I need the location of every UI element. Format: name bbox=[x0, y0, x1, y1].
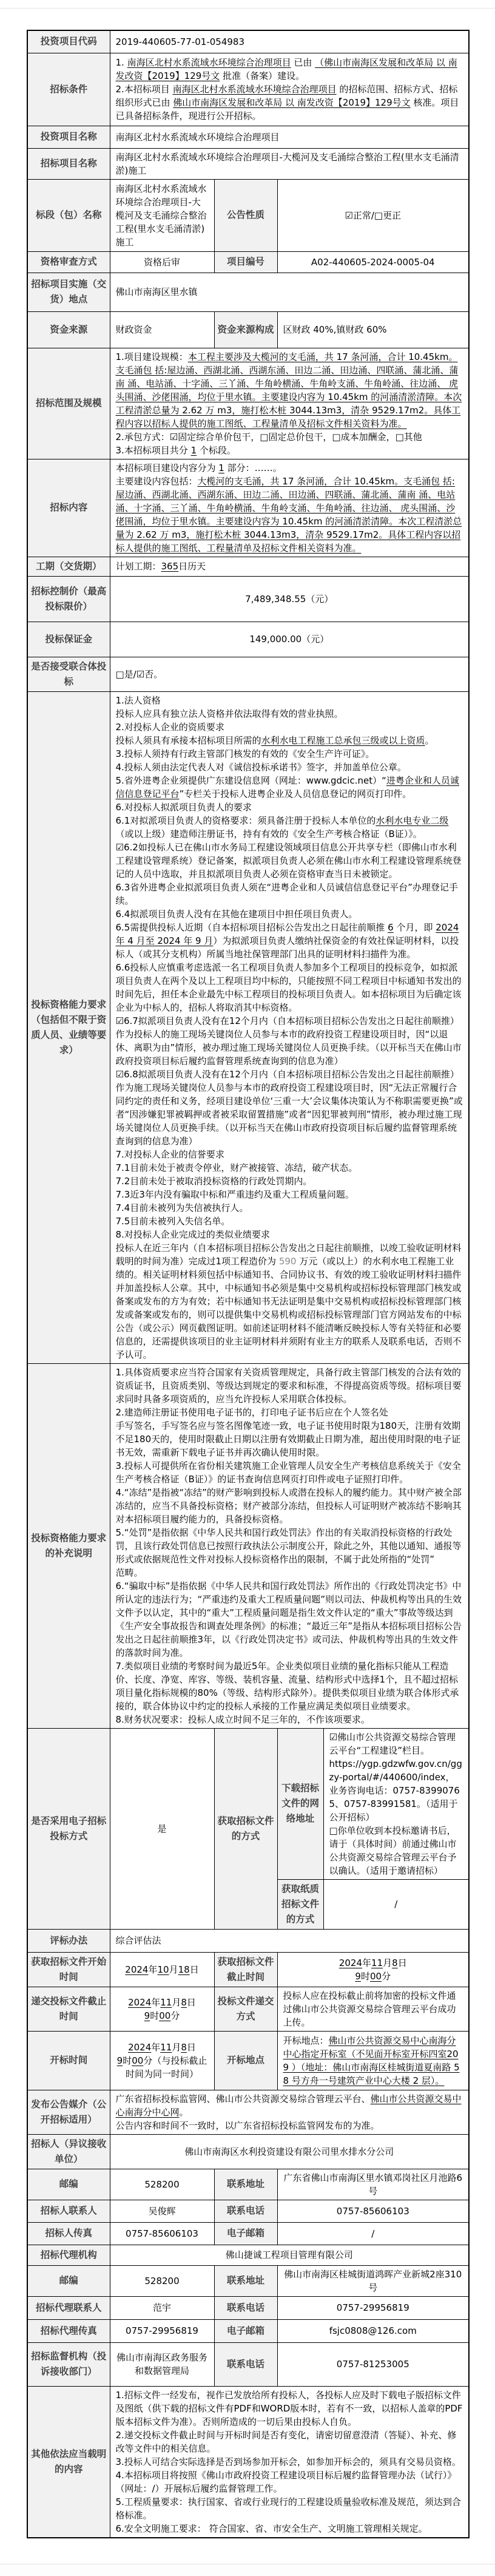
announcement-nature-label: 公告性质 bbox=[214, 179, 277, 251]
text-run: 招标控制价（最高投标限价） bbox=[31, 586, 106, 612]
tenderer-address-value: 广东省佛山市南海区里水镇邓岗社区月池路6号 bbox=[277, 2169, 469, 2200]
text-run: 招标项目实施（交货）地点 bbox=[31, 279, 106, 305]
text-run: 00 bbox=[132, 2055, 143, 2066]
text-run: 电子邮箱 bbox=[227, 2228, 264, 2239]
text-run: 是否接受联合体投标 bbox=[31, 661, 106, 687]
tender-conditions-value: 1. 南海区北村水系流域水环境综合治理项目 已由 （佛山市南海区发展和改革局 以… bbox=[110, 53, 469, 126]
text-run: A02-440605-2024-0005-04 bbox=[311, 257, 435, 268]
text-run: 00 bbox=[159, 2010, 170, 2021]
text-run: / bbox=[394, 1899, 397, 1910]
tender-content-value: 本招标项目建设内容分为 1 部分：……。 主要建设内容包括：大榄河的支毛涌，共 … bbox=[110, 459, 469, 557]
tender-table-body: 投资项目代码2019-440605-77-01-054983招标条件1. 南海区… bbox=[27, 30, 469, 2538]
text-run: 标段（包）名称 bbox=[36, 209, 102, 220]
text-run: 获取纸质招标文件的方式 bbox=[281, 1883, 319, 1925]
qualification-review-value: 资格后审 bbox=[110, 251, 214, 273]
control-price-row: 招标控制价（最高投标限价）7,489,348.55（元） bbox=[27, 576, 469, 622]
text-run: 广东省招标投标监管网、佛山市公共资源交易综合管理云平台、 bbox=[116, 2093, 371, 2104]
text-run: 招标人（异议接收单位） bbox=[31, 2138, 106, 2164]
text-run: 分 bbox=[170, 2010, 180, 2021]
text-run: 邮编 bbox=[59, 2275, 78, 2286]
funding-source-row: 资金来源财政资金资金来源构成区财政 40%,镇财政 60% bbox=[27, 311, 469, 348]
text-run: 佛山市南海区水利投资建设有限公司里水排水分公司 bbox=[184, 2146, 394, 2157]
text-run: 个标段。 bbox=[197, 445, 236, 456]
supervision-phone-label: 联系电话 bbox=[214, 2342, 277, 2386]
text-run: 投标资格能力要求的补充说明 bbox=[31, 1533, 106, 1559]
agency-contact-value: 范宇 bbox=[110, 2296, 214, 2319]
scope-and-scale-label: 招标范围及规模 bbox=[27, 348, 110, 459]
submission-deadline-value: 2024年11月8日 9时00分 bbox=[110, 1987, 214, 2031]
tender-conditions-label: 招标条件 bbox=[27, 53, 110, 126]
funding-source-value: 财政资金 bbox=[110, 311, 214, 348]
text-run: 广东省佛山市南海区里水镇邓岗社区月池路6号 bbox=[283, 2172, 462, 2197]
text-run: 招标项目名称 bbox=[41, 158, 97, 169]
tender-project-name-row: 招标项目名称南海区北村水系流域水环境综合治理项目-大榄河及支毛涌综合整治工程(里… bbox=[27, 148, 469, 179]
text-run: 佛山市南海区桂城街道鸿晖产业新城2座310号 bbox=[284, 2269, 462, 2293]
funding-composition-value: 区财政 40%,镇财政 60% bbox=[277, 311, 469, 348]
investment-project-name-label: 投资项目名称 bbox=[27, 126, 110, 148]
text-run: 获取招标文件开始时间 bbox=[31, 1956, 106, 1982]
text-run: 投标资格能力要求 （包括但不限于资质人员、业绩等要求） bbox=[31, 999, 106, 1056]
implementation-location-value: 佛山市南海区里水镇 bbox=[110, 273, 469, 311]
tenderer-label: 招标人（异议接收单位） bbox=[27, 2134, 110, 2169]
text-run: 8 bbox=[392, 1957, 398, 1968]
text-run: 开标地点 bbox=[227, 2055, 264, 2066]
submission-deadline-label: 递交投标文件截止时间 bbox=[27, 1987, 110, 2031]
tenderer-row: 招标人（异议接收单位）佛山市南海区水利投资建设有限公司里水排水分公司 bbox=[27, 2134, 469, 2169]
text-run: 月 bbox=[383, 1957, 392, 1968]
text-run: 南海区北村水系流域水环境综合治理项目 bbox=[127, 57, 291, 68]
qualification-requirements-value: 1.法人资格 投标人应具有独立法人资格并依法取得有效的营业执照。 2.对投标人企… bbox=[110, 691, 469, 1363]
text-run: 资金来源构成 bbox=[218, 324, 274, 335]
bid-deposit-row: 投标保证金149,000.00（元） bbox=[27, 622, 469, 657]
text-run: 公告性质 bbox=[227, 209, 264, 220]
text-run: 月 bbox=[172, 2042, 181, 2053]
section-package-label: 标段（包）名称 bbox=[27, 179, 110, 251]
text-run: 9 bbox=[117, 2055, 123, 2066]
consortium-bidding-row: 是否接受联合体投标□是/☑否。 bbox=[27, 657, 469, 691]
qualification-requirements-label: 投标资格能力要求 （包括但不限于资质人员、业绩等要求） bbox=[27, 691, 110, 1363]
text-run: 528200 bbox=[144, 2179, 179, 2190]
text-run: 联系电话 bbox=[227, 2205, 264, 2216]
text-run: 递交投标文件截止时间 bbox=[31, 1996, 106, 2022]
tenderer-postcode-row: 邮编528200联系地址广东省佛山市南海区里水镇邓岗社区月池路6号 bbox=[27, 2169, 469, 2200]
tender-project-name-label: 招标项目名称 bbox=[27, 148, 110, 179]
text-run: 佛山市南海区政务服务和数据管理局 bbox=[116, 2352, 207, 2376]
text-run: 日 bbox=[398, 1957, 407, 1968]
tenderer-postcode-value: 528200 bbox=[110, 2169, 214, 2200]
supervision-value: 佛山市南海区政务服务和数据管理局 bbox=[110, 2342, 214, 2386]
text-run: 范宇 bbox=[153, 2302, 171, 2313]
bid-opening-place-label: 开标地点 bbox=[214, 2031, 277, 2090]
bid-opening-time-value: 2024年11月8日 9时00分（与投标截止时间为同一时间） bbox=[110, 2031, 214, 2090]
text-run: 邮编 bbox=[59, 2178, 78, 2189]
text-run: 年 bbox=[151, 1997, 160, 2008]
text-run: 资金来源 bbox=[50, 324, 87, 335]
tenderer-contact-label: 招标人联系人 bbox=[27, 2200, 110, 2222]
agency-fax-value: 0757-29956819 bbox=[110, 2319, 214, 2342]
text-run: 水利水电工程施工总承包三级或以上资质 bbox=[261, 735, 425, 746]
text-run: 6 bbox=[388, 922, 394, 933]
text-run: 月 bbox=[172, 1997, 181, 2008]
top-divider bbox=[0, 0, 495, 8]
project-code-value: 2019-440605-77-01-054983 bbox=[110, 30, 469, 53]
submission-method-label: 投标文件递交方式 bbox=[214, 1987, 277, 2031]
doc-deadline-value: 2024年11月8日 9时00分 bbox=[277, 1952, 469, 1987]
qualification-review-row: 资格审查方式资格后审项目编号A02-440605-2024-0005-04 bbox=[27, 251, 469, 273]
agency-row: 招标代理机构佛山捷诚工程项目管理有限公司 bbox=[27, 2245, 469, 2265]
paper-document-value: / bbox=[323, 1879, 469, 1929]
text-run: 2024 bbox=[128, 2042, 151, 2053]
text-run: 南海区北村水系流域水环境综合治理项目 bbox=[116, 132, 280, 143]
text-run: 联系地址 bbox=[227, 2178, 264, 2189]
investment-project-name-value: 南海区北村水系流域水环境综合治理项目 bbox=[110, 126, 469, 148]
project-number-value: A02-440605-2024-0005-04 bbox=[277, 251, 469, 273]
agency-contact-row: 招标代理联系人范宇联系电话0757-29956819 bbox=[27, 2296, 469, 2319]
text-run: 8 bbox=[181, 2042, 187, 2053]
text-run: 财政资金 bbox=[116, 324, 152, 335]
paper-document-label: 获取纸质招标文件的方式 bbox=[277, 1879, 323, 1929]
text-run: 计划工期： bbox=[116, 561, 161, 572]
evaluation-method-value: 综合评估法 bbox=[110, 1929, 469, 1952]
text-run: 下载招标文件的网络地址 bbox=[281, 1783, 319, 1824]
project-number-label: 项目编号 bbox=[214, 251, 277, 273]
tenderer-fax-label: 招标人传真 bbox=[27, 2222, 110, 2245]
text-run: 11 bbox=[160, 2042, 172, 2053]
tenderer-phone-value: 0757-85606103 bbox=[277, 2200, 469, 2222]
text-run: 1. bbox=[116, 57, 127, 68]
text-run: 万元（或以上）的水利水电工程施工业绩的。相关证明材料须包括中标通知书、合同协议书… bbox=[116, 1256, 462, 1360]
text-run: ☑正常/□更正 bbox=[345, 210, 401, 221]
doc-deadline-label: 获取招标文件截止时间 bbox=[214, 1952, 277, 1987]
doc-start-time-label: 获取招标文件开始时间 bbox=[27, 1952, 110, 1987]
evaluation-method-label: 评标办法 bbox=[27, 1929, 110, 1952]
agency-postcode-value: 528200 bbox=[110, 2265, 214, 2296]
text-run: 工期（交货期） bbox=[36, 561, 102, 572]
text-run: 招标代理机构 bbox=[41, 2249, 97, 2260]
tenderer-contact-value: 吴俊辉 bbox=[110, 2200, 214, 2222]
tenderer-email-label: 电子邮箱 bbox=[214, 2222, 277, 2245]
other-contents-row: 其他依法应当载明的内容1.招标文件一经发布，视作已发放给所有投标人，各投标人应及… bbox=[27, 2386, 469, 2538]
implementation-location-label: 招标项目实施（交货）地点 bbox=[27, 273, 110, 311]
announcement-nature-value: ☑正常/□更正 bbox=[277, 179, 469, 251]
text-run: 1.项目建设规模： bbox=[116, 351, 188, 362]
text-run: 投标人应在投标截止前将加密的投标文件通过佛山市公共资源交易综合管理云平台成功上传… bbox=[283, 1990, 456, 2028]
text-run: / bbox=[371, 2228, 374, 2239]
text-run: ☑佛山市公共资源交易综合管理云平台“工程建设”栏目。 https://ygp.g… bbox=[329, 1732, 462, 1876]
text-run: 日历天 bbox=[178, 561, 206, 572]
investment-project-name-row: 投资项目名称南海区北村水系流域水环境综合治理项目 bbox=[27, 126, 469, 148]
text-run: 评标办法 bbox=[50, 1935, 87, 1946]
qualification-requirements-row: 投标资格能力要求 （包括但不限于资质人员、业绩等要求）1.法人资格 投标人应具有… bbox=[27, 691, 469, 1363]
bid-opening-row: 开标时间2024年11月8日 9时00分（与投标截止时间为同一时间）开标地点开标… bbox=[27, 2031, 469, 2090]
download-address-value: ☑佛山市公共资源交易综合管理云平台“工程建设”栏目。 https://ygp.g… bbox=[323, 1728, 469, 1879]
bid-deposit-label: 投标保证金 bbox=[27, 622, 110, 657]
tender-content-label: 招标内容 bbox=[27, 459, 110, 557]
text-run: 其他依法应当载明的内容 bbox=[31, 2449, 106, 2475]
section-package-value: 南海区北村水系流域水环境综合治理项目-大榄河及支毛涌综合整治工程(里水支毛涌清淤… bbox=[110, 179, 214, 251]
agency-address-label: 联系地址 bbox=[214, 2265, 277, 2296]
text-run: 招标代理联系人 bbox=[36, 2302, 102, 2313]
electronic-bidding-value: 是 bbox=[110, 1728, 214, 1929]
agency-email-label: 电子邮箱 bbox=[214, 2319, 277, 2342]
text-run: 2024 bbox=[339, 1957, 362, 1968]
qualification-supplement-row: 投标资格能力要求的补充说明1.具体资质要求应当符合国家有关资质管理规定，具备行政… bbox=[27, 1363, 469, 1728]
text-run: 资格后审 bbox=[144, 257, 180, 268]
obtain-method-label: 获取招标文件的方式 bbox=[214, 1728, 277, 1929]
doc-start-time-value: 2024年10月18日 bbox=[110, 1952, 214, 1987]
agency-email-value: fsjc0808@126.com bbox=[277, 2319, 469, 2342]
project-code-row: 投资项目代码2019-440605-77-01-054983 bbox=[27, 30, 469, 53]
text-run: 8 bbox=[181, 1997, 187, 2008]
construction-period-value: 计划工期：365日历天 bbox=[110, 557, 469, 576]
consortium-bidding-label: 是否接受联合体投标 bbox=[27, 657, 110, 691]
text-run: 时 bbox=[123, 2055, 132, 2066]
tender-table: 投资项目代码2019-440605-77-01-054983招标条件1. 南海区… bbox=[27, 30, 470, 2538]
text-run: 2024 bbox=[125, 1964, 148, 1975]
section-package-row: 标段（包）名称南海区北村水系流域水环境综合治理项目-大榄河及支毛涌综合整治工程(… bbox=[27, 179, 469, 251]
text-run: 招标人联系人 bbox=[41, 2205, 97, 2216]
text-run: 年 bbox=[148, 1964, 157, 1975]
bid-opening-time-label: 开标时间 bbox=[27, 2031, 110, 2090]
text-run: 招标人传真 bbox=[45, 2228, 92, 2239]
text-run: 开标时间 bbox=[50, 2055, 87, 2066]
supervision-phone-value: 0757-81253005 bbox=[277, 2342, 469, 2386]
agency-address-value: 佛山市南海区桂城街道鸿晖产业新城2座310号 bbox=[277, 2265, 469, 2296]
text-run: 2.承包方式：☑固定综合单价包干，□固定总价包干，□成本加酬金，□其他 3.本招… bbox=[116, 432, 422, 456]
text-run: 资格审查方式 bbox=[41, 256, 97, 267]
text-run: 投标保证金 bbox=[45, 634, 92, 645]
text-run: 时 bbox=[150, 2010, 159, 2021]
text-run: 149,000.00（元） bbox=[249, 634, 329, 645]
text-run: 大榄河的支毛涌，共 17 条河涌，合计 10.45km。支毛涌包 括:屋边涌、西… bbox=[116, 476, 462, 554]
text-run: 联系电话 bbox=[227, 2359, 264, 2370]
tender-project-name-value: 南海区北村水系流域水环境综合治理项目-大榄河及支毛涌综合整治工程(里水支毛涌清淤… bbox=[110, 148, 469, 179]
text-run: 是否采用电子招标投标方式 bbox=[31, 1815, 106, 1842]
text-run: 已由 bbox=[291, 57, 315, 68]
tenderer-address-label: 联系地址 bbox=[214, 2169, 277, 2200]
text-run: 佛山市南海区里水镇 bbox=[116, 286, 198, 297]
scope-and-scale-row: 招标范围及规模1.项目建设规模：本工程主要涉及大榄河的支毛涌，共 17 条河涌，… bbox=[27, 348, 469, 459]
text-run: 0757-81253005 bbox=[337, 2359, 409, 2370]
text-run: 590 bbox=[279, 1256, 297, 1267]
text-run: 水利水电专业二级 bbox=[375, 815, 448, 826]
text-run: 南海区北村水系流域水环境综合治理项目 bbox=[173, 84, 337, 95]
text-run: 联系地址 bbox=[227, 2275, 264, 2286]
supervision-label: 招标监督机构（投诉接收部门） bbox=[27, 2342, 110, 2386]
announcement-media-label: 发布公告媒介（公开招标适用） bbox=[27, 2090, 110, 2134]
text-run: 2019-440605-77-01-054983 bbox=[116, 36, 245, 47]
tenderer-phone-label: 联系电话 bbox=[214, 2200, 277, 2222]
text-run: 发布公告媒介（公开招标适用） bbox=[31, 2099, 106, 2125]
text-run: 招标范围及规模 bbox=[36, 398, 102, 408]
text-run: 9 bbox=[144, 2010, 150, 2021]
qualification-review-label: 资格审查方式 bbox=[27, 251, 110, 273]
text-run: 0757-29956819 bbox=[126, 2325, 198, 2336]
text-run: 开标地点： bbox=[283, 2035, 329, 2046]
text-run: 日 bbox=[187, 2042, 196, 2053]
construction-period-row: 工期（交货期）计划工期：365日历天 bbox=[27, 557, 469, 576]
text-run: 528200 bbox=[144, 2276, 179, 2286]
tender-content-row: 招标内容本招标项目建设内容分为 1 部分：……。 主要建设内容包括：大榄河的支毛… bbox=[27, 459, 469, 557]
text-run: 佛山市南海区发展和改革局 以 南发改资【2019】129号文 bbox=[173, 97, 410, 108]
text-run: 分 bbox=[382, 1971, 391, 1982]
funding-source-label: 资金来源 bbox=[27, 311, 110, 348]
electronic-bidding-row: 是否采用电子招标投标方式是获取招标文件的方式下载招标文件的网络地址☑佛山市公共资… bbox=[27, 1728, 469, 1879]
agency-label: 招标代理机构 bbox=[27, 2245, 110, 2265]
bottom-divider bbox=[0, 2564, 495, 2576]
construction-period-label: 工期（交货期） bbox=[27, 557, 110, 576]
text-run: 1.招标文件一经发布，视作已发放给所有投标人，各投标人应及时下载电子版招标文件及… bbox=[116, 2390, 463, 2534]
text-run: 招标监督机构（投诉接收部门） bbox=[31, 2351, 106, 2377]
text-run: 投资项目名称 bbox=[41, 131, 97, 142]
tenderer-contact-row: 招标人联系人吴俊辉联系电话0757-85606103 bbox=[27, 2200, 469, 2222]
download-address-label: 下载招标文件的网络地址 bbox=[277, 1728, 323, 1879]
bid-deposit-value: 149,000.00（元） bbox=[110, 622, 469, 657]
text-run: 是 bbox=[157, 1823, 166, 1834]
doc-obtain-time-row: 获取招标文件开始时间2024年10月18日获取招标文件截止时间2024年11月8… bbox=[27, 1952, 469, 1987]
evaluation-method-row: 评标办法综合评估法 bbox=[27, 1929, 469, 1952]
text-run: 获取招标文件截止时间 bbox=[218, 1956, 274, 1982]
text-run: 月 bbox=[169, 1964, 178, 1975]
tender-announcement-page: 投资项目代码2019-440605-77-01-054983招标条件1. 南海区… bbox=[0, 0, 495, 2576]
agency-phone-label: 联系电话 bbox=[214, 2296, 277, 2319]
electronic-bidding-label: 是否采用电子招标投标方式 bbox=[27, 1728, 110, 1929]
text-run: 项目编号 bbox=[227, 256, 264, 267]
tenderer-postcode-label: 邮编 bbox=[27, 2169, 110, 2200]
agency-value: 佛山捷诚工程项目管理有限公司 bbox=[110, 2245, 469, 2265]
agency-fax-row: 招标代理传真0757-29956819电子邮箱fsjc0808@126.com bbox=[27, 2319, 469, 2342]
text-run: ）为拟派项目负责人缴纳社保资金的有效社保证明材料，以投标人（或其分支机构）所属当… bbox=[116, 935, 463, 1267]
text-run: 招标内容 bbox=[50, 502, 87, 513]
text-run: 9 bbox=[355, 1971, 361, 1982]
text-run: 吴俊辉 bbox=[148, 2206, 175, 2217]
text-run: 0757-85606103 bbox=[337, 2206, 409, 2217]
text-run: 365 bbox=[161, 561, 179, 572]
funding-composition-label: 资金来源构成 bbox=[214, 311, 277, 348]
agency-postcode-label: 邮编 bbox=[27, 2265, 110, 2296]
agency-fax-label: 招标代理传真 bbox=[27, 2319, 110, 2342]
text-run: 日 bbox=[187, 1997, 196, 2008]
other-contents-label: 其他依法应当载明的内容 bbox=[27, 2386, 110, 2538]
tenderer-fax-value: 0757-85606103 bbox=[110, 2222, 214, 2245]
text-run: 电子邮箱 bbox=[227, 2325, 264, 2336]
text-run: 10 bbox=[157, 1964, 169, 1975]
text-run: 南海区北村水系流域水环境综合治理项目-大榄河及支毛涌综合整治工程(里水支毛涌清淤… bbox=[116, 152, 459, 176]
text-run: 个月，即 bbox=[394, 922, 436, 933]
submission-method-value: 投标人应在投标截止前将加密的投标文件通过佛山市公共资源交易综合管理云平台成功上传… bbox=[277, 1987, 469, 2031]
text-run: 投资项目代码 bbox=[41, 36, 97, 47]
text-run: 招标条件 bbox=[50, 84, 87, 95]
control-price-label: 招标控制价（最高投标限价） bbox=[27, 576, 110, 622]
text-run: 00 bbox=[370, 1971, 382, 1982]
other-contents-value: 1.招标文件一经发布，视作已发放给所有投标人，各投标人应及时下载电子版招标文件及… bbox=[110, 2386, 469, 2538]
text-run: 11 bbox=[160, 1997, 172, 2008]
text-run: 0757-85606103 bbox=[126, 2228, 198, 2239]
consortium-bidding-value: □是/☑否。 bbox=[110, 657, 469, 691]
text-run: 0757-29956819 bbox=[337, 2302, 409, 2313]
text-run: 获取招标文件的方式 bbox=[218, 1815, 274, 1842]
text-run: 南海区北村水系流域水环境综合治理项目-大榄河及支毛涌综合整治工程(里水支毛涌清淤… bbox=[116, 183, 207, 248]
text-run: （或以上级）建造师注册证书，持有有效的《安全生产考核合格证（B证）》。 ☑6.2… bbox=[116, 829, 462, 933]
implementation-location-row: 招标项目实施（交货）地点佛山市南海区里水镇 bbox=[27, 273, 469, 311]
agency-contact-label: 招标代理联系人 bbox=[27, 2296, 110, 2319]
qualification-supplement-value: 1.具体资质要求应当符合国家有关资质管理规定，具备行政主管部门核发的合法有效的资… bbox=[110, 1363, 469, 1728]
text-run: 区财政 40%,镇财政 60% bbox=[283, 324, 387, 335]
announcement-media-value: 广东省招标投标监管网、佛山市公共资源交易综合管理云平台、佛山市公共资源交易中心南… bbox=[110, 2090, 469, 2134]
announcement-media-row: 发布公告媒介（公开招标适用）广东省招标投标监管网、佛山市公共资源交易综合管理云平… bbox=[27, 2090, 469, 2134]
tenderer-fax-row: 招标人传真0757-85606103电子邮箱/ bbox=[27, 2222, 469, 2245]
text-run: 7,489,348.55（元） bbox=[245, 594, 333, 605]
text-run: 1 bbox=[218, 463, 224, 473]
text-run: 联系电话 bbox=[227, 2302, 264, 2313]
tenderer-value: 佛山市南海区水利投资建设有限公司里水排水分公司 bbox=[110, 2134, 469, 2169]
text-run: 本招标项目建设内容分为 bbox=[116, 463, 219, 473]
submission-deadline-row: 递交投标文件截止时间2024年11月8日 9时00分投标文件递交方式投标人应在投… bbox=[27, 1987, 469, 2031]
project-code-label: 投资项目代码 bbox=[27, 30, 110, 53]
text-run: 1.具体资质要求应当符合国家有关资质管理规定，具备行政主管部门核发的合法有效的资… bbox=[116, 1367, 462, 1725]
text-run: 综合评估法 bbox=[116, 1935, 161, 1946]
text-run: 11 bbox=[371, 1957, 383, 1968]
text-run: 18 bbox=[178, 1964, 190, 1975]
text-run: 日 bbox=[190, 1964, 199, 1975]
bid-opening-place-value: 开标地点：佛山市公共资源交易中心南海分中心指定开标室（不见面开标室开标四室209… bbox=[277, 2031, 469, 2090]
text-run: fsjc0808@126.com bbox=[329, 2325, 417, 2336]
text-run: 投标文件递交方式 bbox=[218, 1996, 274, 2022]
text-run: 本工程主要涉及大榄河的支毛涌，共 17 条河涌，合计 10.45km。支毛涌包 … bbox=[116, 351, 462, 429]
supervision-row: 招标监督机构（投诉接收部门）佛山市南海区政务服务和数据管理局联系电话0757-8… bbox=[27, 2342, 469, 2386]
agency-postcode-row: 邮编528200联系地址佛山市南海区桂城街道鸿晖产业新城2座310号 bbox=[27, 2265, 469, 2296]
scope-and-scale-value: 1.项目建设规模：本工程主要涉及大榄河的支毛涌，共 17 条河涌，合计 10.4… bbox=[110, 348, 469, 459]
tenderer-email-value: / bbox=[277, 2222, 469, 2245]
text-run: □是/☑否。 bbox=[116, 669, 163, 680]
agency-phone-value: 0757-29956819 bbox=[277, 2296, 469, 2319]
tender-conditions-row: 招标条件1. 南海区北村水系流域水环境综合治理项目 已由 （佛山市南海区发展和改… bbox=[27, 53, 469, 126]
text-run: 招标代理传真 bbox=[41, 2325, 97, 2336]
qualification-supplement-label: 投标资格能力要求的补充说明 bbox=[27, 1363, 110, 1728]
text-run: 2024 bbox=[128, 1997, 151, 2008]
text-run: 年 bbox=[151, 2042, 160, 2053]
control-price-value: 7,489,348.55（元） bbox=[110, 576, 469, 622]
text-run: 1 bbox=[191, 445, 197, 456]
text-run: 时 bbox=[361, 1971, 370, 1982]
text-run: 年 bbox=[362, 1957, 371, 1968]
text-run: 佛山捷诚工程项目管理有限公司 bbox=[226, 2249, 353, 2260]
